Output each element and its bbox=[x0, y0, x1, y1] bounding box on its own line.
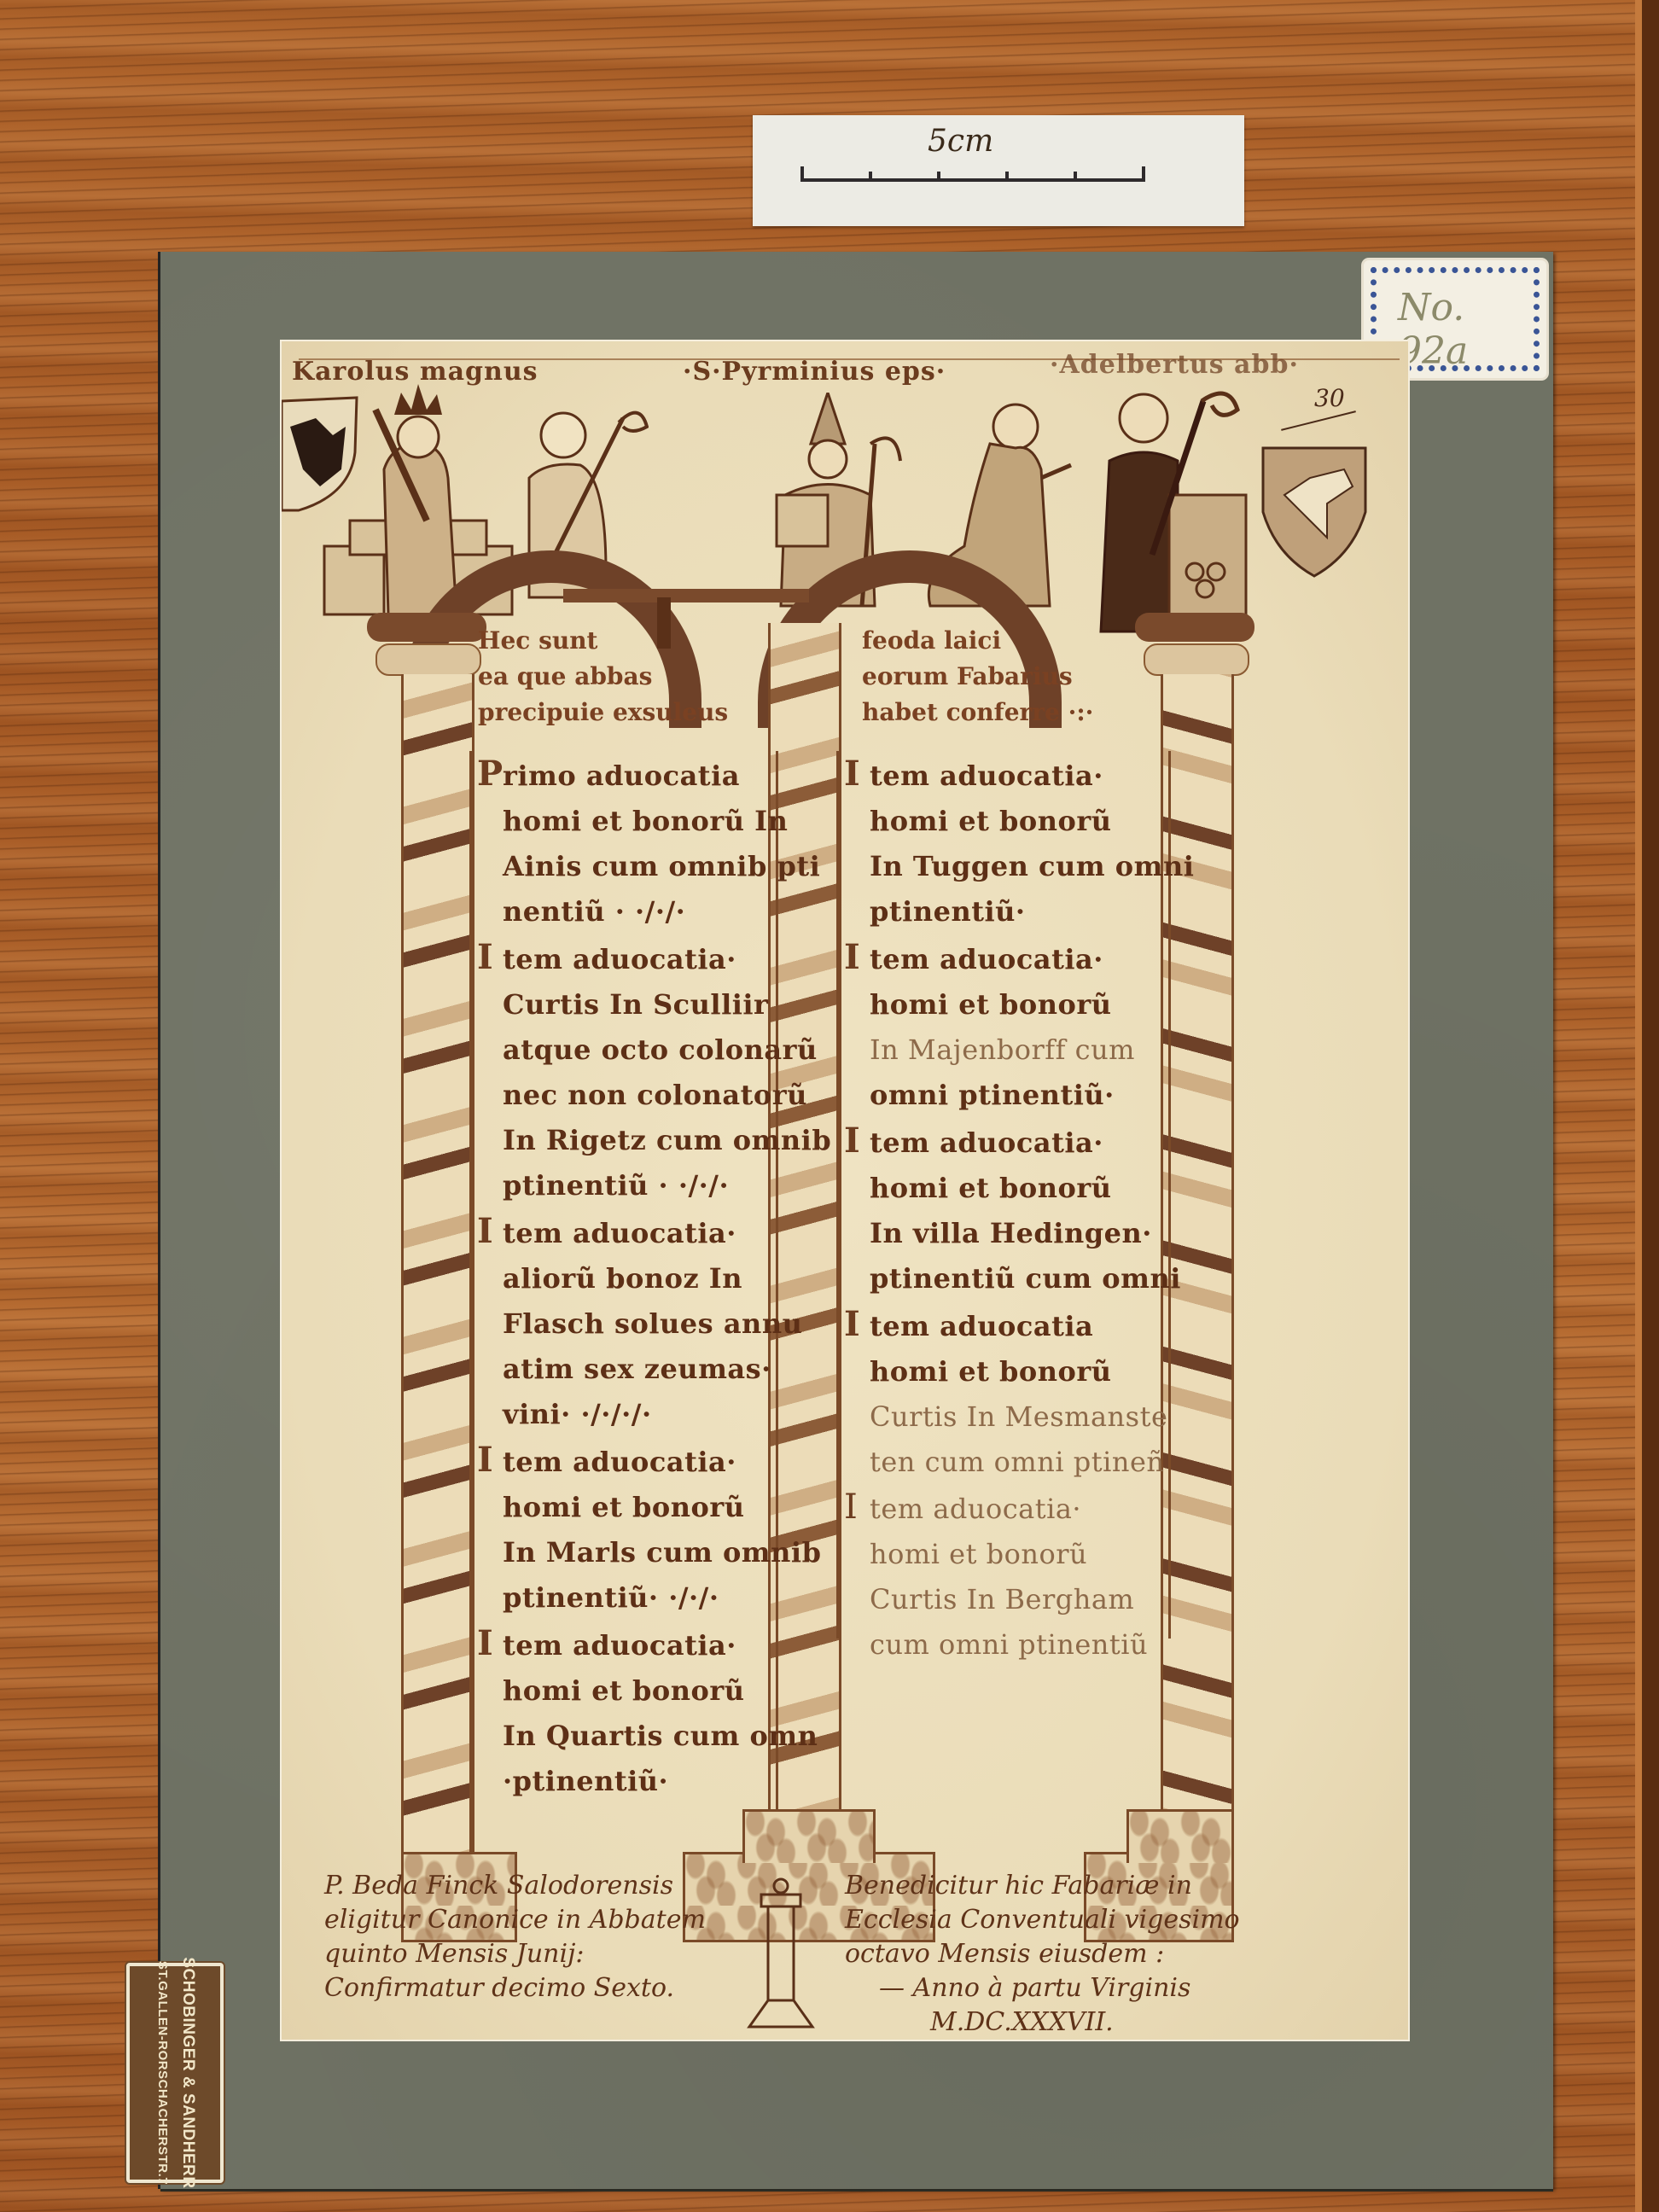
initial-letter: I bbox=[844, 751, 870, 796]
line-text: homi et bonorũ bbox=[503, 1491, 745, 1523]
line-text: homi et bonorũ bbox=[870, 988, 1112, 1021]
initial-letter: I bbox=[477, 1208, 503, 1254]
manuscript-line: Curtis In Sculliir bbox=[477, 982, 776, 1027]
manuscript-line: homi et bonorũ In bbox=[477, 799, 776, 844]
right-capital bbox=[1135, 613, 1254, 642]
photographer-stamp: SCHOBINGER & SANDHERR ST.GALLEN-RORSCHAC… bbox=[126, 1963, 224, 2183]
scale-label-text: 5cm bbox=[928, 124, 993, 159]
line-text: homi et bonorũ bbox=[870, 1172, 1112, 1204]
manuscript-line: homi et bonorũ bbox=[477, 1668, 776, 1714]
line-text: Curtis In Bergham bbox=[870, 1583, 1134, 1615]
line-text: In villa Hedingen· bbox=[870, 1217, 1152, 1249]
scale-tick bbox=[869, 172, 872, 182]
right-column-lines: Item aduocatia·homi et bonorũIn Tuggen c… bbox=[844, 751, 1168, 1668]
line-text: In Majenborff cum bbox=[870, 1033, 1135, 1066]
footnote-line: quinto Mensis Junij: bbox=[324, 1937, 706, 1971]
line-text: homi et bonorũ bbox=[503, 1674, 745, 1707]
left-capital bbox=[367, 613, 486, 642]
line-text: In Rigetz cum omnib bbox=[503, 1124, 831, 1156]
manuscript-line: Item aduocatia· bbox=[477, 1621, 776, 1668]
initial-letter: I bbox=[477, 1437, 503, 1482]
initial-letter: P bbox=[477, 751, 503, 796]
wood-edge bbox=[1642, 0, 1659, 2212]
footnote-line: Ecclesia Conventuali vigesimo bbox=[845, 1903, 1240, 1937]
manuscript-line: Item aduocatia bbox=[844, 1301, 1168, 1349]
manuscript-line: Item aduocatia· bbox=[477, 1208, 776, 1256]
line-text: In Quartis cum omn bbox=[503, 1720, 818, 1752]
manuscript-line: Item aduocatia· bbox=[844, 751, 1168, 799]
footnote-line: Benedicitur hic Fabariæ in bbox=[845, 1869, 1240, 1903]
manuscript-page: Karolus magnus ·S·Pyrminius eps· ·Adelbe… bbox=[282, 341, 1408, 2040]
line-text: rimo aduocatia bbox=[503, 760, 740, 792]
line-text: ptinentiũ· ·/·/· bbox=[503, 1581, 719, 1614]
arch-heading-line: Hec sunt bbox=[478, 623, 728, 659]
line-text: Flasch solues annu bbox=[503, 1307, 802, 1340]
manuscript-line: Ainis cum omnib pti bbox=[477, 844, 776, 889]
scale-tick bbox=[1074, 172, 1077, 182]
manuscript-line: Item aduocatia· bbox=[477, 1437, 776, 1485]
manuscript-line: aliorũ bonoz In bbox=[477, 1256, 776, 1301]
manuscript-photo: Karolus magnus ·S·Pyrminius eps· ·Adelbe… bbox=[282, 341, 1408, 2040]
initial-letter: I bbox=[844, 1301, 870, 1347]
scale-tick bbox=[800, 166, 804, 182]
line-text: ptinentiũ · ·/·/· bbox=[503, 1169, 729, 1202]
manuscript-line: In villa Hedingen· bbox=[844, 1211, 1168, 1256]
manuscript-line: nec non colonatorũ bbox=[477, 1073, 776, 1118]
line-text: nentiũ · ·/·/· bbox=[503, 895, 685, 928]
line-text: homi et bonorũ bbox=[870, 1538, 1087, 1570]
manuscript-line: In Quartis cum omn bbox=[477, 1714, 776, 1759]
manuscript-line: ptinentiũ· bbox=[844, 889, 1168, 934]
manuscript-line: Item aduocatia· bbox=[844, 1118, 1168, 1166]
line-text: Ainis cum omnib pti bbox=[503, 850, 820, 882]
line-text: tem aduocatia· bbox=[870, 760, 1103, 792]
initial-letter: I bbox=[477, 1621, 503, 1666]
line-text: aliorũ bonoz In bbox=[503, 1262, 742, 1295]
footnote-line: Confirmatur decimo Sexto. bbox=[324, 1971, 706, 2005]
label-pyrminius: ·S·Pyrminius eps· bbox=[683, 357, 946, 387]
manuscript-line: atim sex zeumas· bbox=[477, 1347, 776, 1392]
line-text: In Marls cum omnib bbox=[503, 1536, 821, 1569]
manuscript-line: ptinentiũ cum omni bbox=[844, 1256, 1168, 1301]
manuscript-line: homi et bonorũ bbox=[844, 1349, 1168, 1394]
label-abbot: ·Adelbertus abb· bbox=[1050, 350, 1299, 380]
line-text: Curtis In Mesmanste bbox=[870, 1400, 1167, 1433]
scale-bar bbox=[800, 178, 1145, 182]
left-arch-heading: Hec sunt ea que abbas precipuie exsuleus bbox=[478, 623, 728, 731]
manuscript-line: homi et bonorũ bbox=[477, 1485, 776, 1530]
footnote-right: Benedicitur hic Fabariæ in Ecclesia Conv… bbox=[845, 1869, 1240, 2040]
right-text-column: Item aduocatia·homi et bonorũIn Tuggen c… bbox=[836, 751, 1171, 1639]
manuscript-line: In Marls cum omnib bbox=[477, 1530, 776, 1575]
line-text: homi et bonorũ bbox=[870, 805, 1112, 837]
line-text: tem aduocatia bbox=[870, 1310, 1093, 1342]
folio-underline bbox=[1281, 410, 1356, 431]
line-text: tem aduocatia· bbox=[503, 1446, 736, 1478]
manuscript-line: cum omni ptinentiũ bbox=[844, 1622, 1168, 1668]
line-text: ·ptinentiũ· bbox=[503, 1765, 668, 1797]
line-text: atque octo colonarũ bbox=[503, 1033, 818, 1066]
footnote-line: P. Beda Finck Salodorensis bbox=[324, 1869, 706, 1903]
initial-letter: I bbox=[844, 1485, 870, 1530]
initial-letter: I bbox=[477, 934, 503, 980]
line-text: omni ptinentiũ· bbox=[870, 1079, 1115, 1111]
stamp-text: SCHOBINGER & SANDHERR ST.GALLEN-RORSCHAC… bbox=[130, 1966, 220, 2180]
footnote-line: octavo Mensis eiusdem : bbox=[845, 1937, 1240, 1971]
right-plinth-top bbox=[1126, 1809, 1234, 1863]
line-text: nec non colonatorũ bbox=[503, 1079, 807, 1111]
manuscript-line: homi et bonorũ bbox=[844, 799, 1168, 844]
line-text: cum omni ptinentiũ bbox=[870, 1628, 1148, 1661]
footnote-left: P. Beda Finck Salodorensis eligitur Cano… bbox=[324, 1869, 706, 2005]
lintel bbox=[563, 589, 809, 602]
manuscript-line: In Rigetz cum omnib bbox=[477, 1118, 776, 1163]
catalog-number: No. 92a bbox=[1398, 286, 1546, 373]
arch-heading-line: precipuie exsuleus bbox=[478, 695, 728, 731]
stamp-address: ST.GALLEN-RORSCHACHERSTR.7 bbox=[149, 1961, 175, 2185]
manuscript-line: omni ptinentiũ· bbox=[844, 1073, 1168, 1118]
arch-heading-line: habet conferre ·:· bbox=[862, 695, 1093, 731]
manuscript-line: homi et bonorũ bbox=[844, 982, 1168, 1027]
footnote-line: — Anno à partu Virginis bbox=[845, 1971, 1240, 2005]
manuscript-line: Primo aduocatia bbox=[477, 751, 776, 799]
footnote-line: eligitur Canonice in Abbatem bbox=[324, 1903, 706, 1937]
scale-tick bbox=[1005, 172, 1009, 182]
folio-number: 30 bbox=[1314, 384, 1345, 412]
arch-heading-line: feoda laici bbox=[862, 623, 1093, 659]
manuscript-line: homi et bonorũ bbox=[844, 1532, 1168, 1577]
line-text: ptinentiũ cum omni bbox=[870, 1262, 1181, 1295]
line-text: vini· ·/·/·/· bbox=[503, 1398, 652, 1430]
manuscript-line: Item aduocatia· bbox=[477, 934, 776, 982]
manuscript-line: In Majenborff cum bbox=[844, 1027, 1168, 1073]
manuscript-line: Flasch solues annu bbox=[477, 1301, 776, 1347]
left-column-lines: Primo aduocatiahomi et bonorũ InAinis cu… bbox=[477, 751, 776, 1804]
manuscript-line: ptinentiũ· ·/·/· bbox=[477, 1575, 776, 1621]
initial-letter: I bbox=[844, 1118, 870, 1163]
right-capital-lower bbox=[1144, 643, 1249, 676]
manuscript-line: Curtis In Bergham bbox=[844, 1577, 1168, 1622]
small-column-icon bbox=[742, 1877, 819, 2031]
left-pillar bbox=[401, 674, 474, 1852]
line-text: tem aduocatia· bbox=[503, 1217, 736, 1249]
wood-edge-highlight bbox=[1635, 0, 1642, 2212]
line-text: tem aduocatia· bbox=[503, 1629, 736, 1662]
line-text: tem aduocatia· bbox=[870, 943, 1103, 975]
enthroned-abbot-icon bbox=[1075, 384, 1263, 640]
arch-heading-line: eorum Fabarius bbox=[862, 659, 1093, 695]
line-text: tem aduocatia· bbox=[870, 1126, 1103, 1159]
line-text: homi et bonorũ bbox=[870, 1355, 1112, 1388]
right-arch-heading: feoda laici eorum Fabarius habet conferr… bbox=[862, 623, 1093, 731]
scale-tick bbox=[1142, 166, 1145, 182]
line-text: tem aduocatia· bbox=[503, 943, 736, 975]
line-text: atim sex zeumas· bbox=[503, 1353, 771, 1385]
manuscript-line: nentiũ · ·/·/· bbox=[477, 889, 776, 934]
manuscript-line: In Tuggen cum omni bbox=[844, 844, 1168, 889]
manuscript-line: ten cum omni ptineñ bbox=[844, 1440, 1168, 1485]
manuscript-line: homi et bonorũ bbox=[844, 1166, 1168, 1211]
line-text: In Tuggen cum omni bbox=[870, 850, 1194, 882]
manuscript-line: Curtis In Mesmanste bbox=[844, 1394, 1168, 1440]
scale-tick bbox=[937, 172, 940, 182]
initial-letter: I bbox=[844, 934, 870, 980]
center-plinth-top bbox=[742, 1809, 876, 1863]
line-text: ten cum omni ptineñ bbox=[870, 1446, 1164, 1478]
line-text: ptinentiũ· bbox=[870, 895, 1026, 928]
left-text-column: Primo aduocatiahomi et bonorũ InAinis cu… bbox=[469, 751, 778, 1852]
manuscript-line: vini· ·/·/·/· bbox=[477, 1392, 776, 1437]
left-capital-lower bbox=[375, 643, 481, 676]
footnote-line: M.DC.XXXVII. bbox=[845, 2005, 1240, 2040]
scale-label-card: 5cm bbox=[753, 115, 1244, 226]
manuscript-line: atque octo colonarũ bbox=[477, 1027, 776, 1073]
line-text: Curtis In Sculliir bbox=[503, 988, 768, 1021]
line-text: tem aduocatia· bbox=[870, 1493, 1081, 1525]
manuscript-line: ·ptinentiũ· bbox=[477, 1759, 776, 1804]
manuscript-line: Item aduocatia· bbox=[844, 1485, 1168, 1532]
stamp-studio-name: SCHOBINGER & SANDHERR bbox=[175, 1957, 201, 2188]
line-text: homi et bonorũ In bbox=[503, 805, 788, 837]
abbey-shield-icon bbox=[1259, 444, 1370, 580]
manuscript-line: Item aduocatia· bbox=[844, 934, 1168, 982]
arch-heading-line: ea que abbas bbox=[478, 659, 728, 695]
manuscript-line: ptinentiũ · ·/·/· bbox=[477, 1163, 776, 1208]
